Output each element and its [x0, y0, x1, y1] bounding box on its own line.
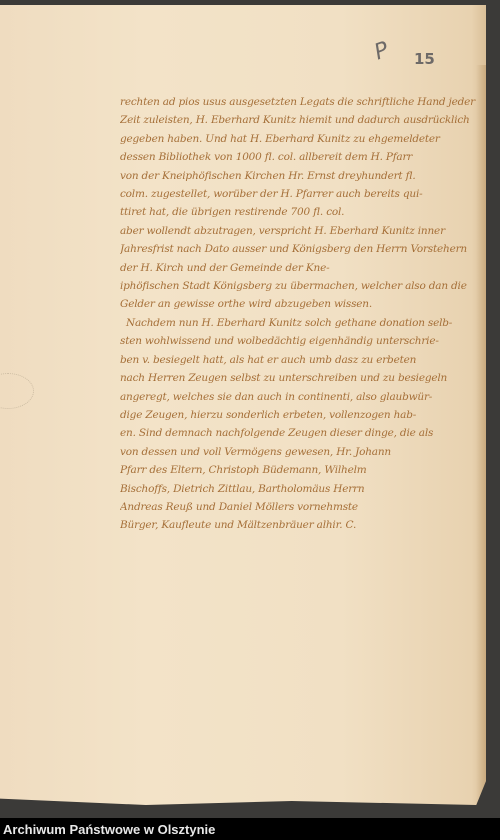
folio-mark-letter: P — [371, 37, 392, 65]
folio-mark-number: 15 — [414, 50, 435, 68]
text-line: Gelder an gewisse orthe wird abzugeben w… — [120, 295, 476, 313]
text-line: en. Sind demnach nachfolgende Zeugen die… — [120, 424, 476, 442]
text-line: iphöfischen Stadt Königsberg zu übermach… — [120, 277, 476, 295]
text-line: ttiret hat, die übrigen restirende 700 f… — [120, 203, 476, 221]
text-line: von dessen und voll Vermögens gewesen, H… — [120, 443, 476, 461]
text-line: Bischoffs, Dietrich Zittlau, Bartholomäu… — [120, 480, 476, 498]
archive-name: Archiwum Państwowe w Olsztynie — [3, 822, 215, 837]
text-line: nach Herren Zeugen selbst zu unterschrei… — [120, 369, 476, 387]
text-line: dige Zeugen, hierzu sonderlich erbeten, … — [120, 406, 476, 424]
text-line: sten wohlwissend und wolbedächtig eigenh… — [120, 332, 476, 350]
page-edge-fold — [476, 65, 486, 805]
archive-footer: Archiwum Państwowe w Olsztynie — [0, 818, 500, 840]
text-line: der H. Kirch und der Gemeinde der Kne- — [120, 259, 476, 277]
text-line: Andreas Reuß und Daniel Möllers vornehms… — [120, 498, 476, 516]
text-line: angeregt, welches sie dan auch in contin… — [120, 388, 476, 406]
text-line: Jahresfrist nach Dato ausser und Königsb… — [120, 240, 476, 258]
text-line: dessen Bibliothek von 1000 fl. col. allb… — [120, 148, 476, 166]
text-line: aber wollendt abzutragen, verspricht H. … — [120, 222, 476, 240]
text-line: Nachdem nun H. Eberhard Kunitz solch get… — [120, 314, 476, 332]
faded-stamp — [0, 373, 34, 409]
text-line: Pfarr des Eltern, Christoph Büdemann, Wi… — [120, 461, 476, 479]
text-line: rechten ad pios usus ausgesetzten Legats… — [120, 93, 476, 111]
text-line: Bürger, Kaufleute und Mältzenbräuer alhi… — [120, 516, 476, 534]
manuscript-page: P 15 rechten ad pios usus ausgesetzten L… — [0, 5, 486, 805]
scan-background: P 15 rechten ad pios usus ausgesetzten L… — [0, 0, 500, 818]
handwritten-text: rechten ad pios usus ausgesetzten Legats… — [120, 93, 476, 535]
text-line: ben v. besiegelt hatt, als hat er auch u… — [120, 351, 476, 369]
text-line: gegeben haben. Und hat H. Eberhard Kunit… — [120, 130, 476, 148]
text-line: Zeit zuleisten, H. Eberhard Kunitz hiemi… — [120, 111, 476, 129]
text-line: colm. zugestellet, worüber der H. Pfarre… — [120, 185, 476, 203]
text-line: von der Kneiphöfischen Kirchen Hr. Ernst… — [120, 167, 476, 185]
